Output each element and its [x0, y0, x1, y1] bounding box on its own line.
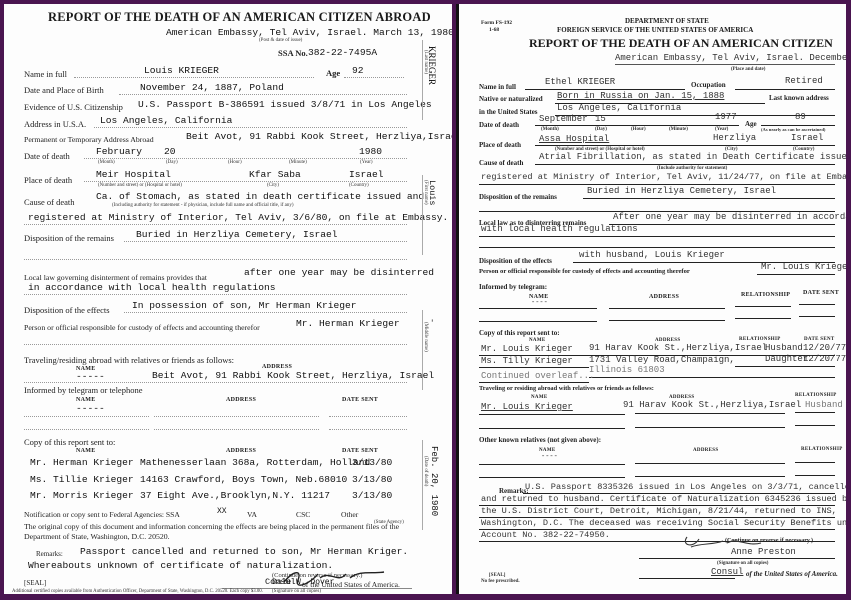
copy-row-address: 37 Eight Ave.,Brooklyn,N.Y. 11217	[140, 490, 330, 501]
right-signer-name: Anne Preston	[731, 547, 796, 557]
margin-date-of-death-caption: (Date of death)	[423, 456, 428, 486]
right-name-label: Name in full	[479, 83, 516, 91]
effects-value: In possession of son, Mr Herman Krieger	[132, 300, 357, 311]
address-usa-label: Address in U.S.A.	[24, 119, 86, 129]
right-title-suffix: of the United States of America.	[746, 570, 838, 578]
us-value: Los Angeles, California	[557, 103, 681, 113]
right-cause-caption: (Include authority for statement)	[657, 166, 727, 171]
residing-address: Beit Avot, 91 Rabbi Kook Street, Herzliy…	[152, 370, 434, 381]
federal-va: VA	[247, 510, 257, 519]
caption-minute: (Minute)	[289, 160, 307, 165]
name-label: Name in full	[24, 69, 67, 79]
federal-label: Notification or copy sent to Federal Age…	[24, 510, 180, 519]
right-cause-line2: registered at Ministry of Interior, Tel …	[481, 172, 846, 182]
margin-date-of-death: Feb. 20, 1980	[429, 446, 439, 516]
right-residing-header-name: NAME	[531, 395, 547, 400]
citizenship-label: Evidence of U.S. Citizenship	[24, 102, 123, 112]
name-value: Louis KRIEGER	[144, 65, 219, 76]
right-death-year: 1977	[715, 112, 737, 122]
margin-middle-name: -	[427, 318, 437, 323]
place-label: Place of death	[24, 175, 72, 185]
residing-name: -----	[76, 371, 105, 382]
local-law-label: Local law governing disinterment of rema…	[24, 273, 207, 282]
place-city: Kfar Saba	[249, 169, 301, 180]
right-name-value: Ethel KRIEGER	[545, 77, 615, 87]
left-death-report: REPORT OF THE DEATH OF AN AMERICAN CITIZ…	[4, 4, 452, 594]
federal-ssa-mark: XX	[217, 507, 227, 516]
right-remarks-line1: U.S. Passport 8335326 issued in Los Ange…	[525, 482, 846, 492]
death-year: 1980	[359, 146, 382, 157]
right-place-country: Israel	[791, 133, 823, 143]
left-post-date: American Embassy, Tel Aviv, Israel. Marc…	[166, 27, 452, 38]
remarks-line1: Passport cancelled and returned to son, …	[80, 546, 408, 557]
age-value: 92	[352, 65, 364, 76]
remains-label: Disposition of the remains	[24, 233, 114, 243]
informed-header-address: ADDRESS	[226, 397, 256, 403]
right-effects-value: with husband, Louis Krieger	[579, 250, 725, 260]
right-responsible-value: Mr. Louis Krieger	[761, 262, 846, 272]
copy-row-address: Mathenesserlaan 368a, Rotterdam, Holland	[140, 457, 370, 468]
other-header-address: ADDRESS	[693, 448, 718, 453]
right-remains-label: Disposition of the remains	[479, 193, 557, 201]
right-death-day: 15	[595, 114, 606, 124]
copy-row-name: Ms. Tillie Krieger	[30, 474, 134, 485]
right-informed-name: ----	[531, 299, 548, 307]
occupation-label: Occupation	[691, 81, 726, 89]
right-caption-age: (As nearly as can be ascertained)	[761, 127, 825, 132]
right-place-date-caption: (Place and date)	[731, 67, 765, 72]
us-label: in the United States	[479, 108, 538, 116]
right-form-sub: 1-68	[489, 27, 499, 33]
place-country: Israel	[349, 169, 384, 180]
left-post-date-caption: (Post & date of issue)	[259, 38, 302, 43]
citizenship-value: U.S. Passport B-386591 issued 3/8/71 in …	[138, 99, 432, 110]
right-residing-relationship: Husband	[805, 400, 843, 410]
right-residing-name: Mr. Louis Krieger	[481, 402, 573, 412]
right-remains-value: Buried in Herzliya Cemetery, Israel	[587, 186, 776, 196]
cause-label: Cause of death	[24, 197, 75, 207]
right-residing-header-relationship: RELATIONSHIP	[795, 393, 837, 398]
cause-line2: registered at Ministry of Interior, Tel …	[28, 212, 448, 223]
right-copy-row-name: Ms. Tilly Krieger	[481, 356, 573, 366]
right-place-hospital: Assa Hospital	[539, 134, 609, 144]
caption-city: (City)	[267, 183, 279, 188]
left-signature-caption: (Signature on all copies)	[272, 589, 321, 594]
right-copy-row-relationship: Daughter	[765, 354, 808, 364]
original-copy-text: The original copy of this document and i…	[24, 522, 409, 542]
residing-label: Traveling/residing abroad with relatives…	[24, 355, 234, 365]
caption-hour: (Hour)	[228, 160, 242, 165]
right-copy-row-name: Mr. Louis Krieger	[481, 344, 573, 354]
right-copy-row-address: 91 Harav Kook St.,Herzliya,Israel	[589, 343, 767, 353]
right-seal: [SEAL]	[489, 573, 505, 578]
right-residing-address: 91 Harav Kook St.,Herzliya,Israel	[623, 400, 801, 410]
right-caption-day: (Day)	[595, 127, 607, 132]
right-informed-header-date: DATE SENT	[803, 290, 839, 296]
right-age-label: Age	[745, 120, 757, 128]
right-caption-year: (Year)	[715, 127, 728, 132]
other-name: ----	[541, 453, 558, 461]
right-form-no: Form FS-192	[481, 20, 512, 26]
copy-header-address: ADDRESS	[226, 448, 256, 454]
right-cause-line1: Atrial Fibrillation, as stated in Death …	[539, 152, 846, 162]
right-remarks-line4: Washington, D.C. The deceased was receiv…	[481, 518, 846, 528]
right-dept: DEPARTMENT OF STATE	[625, 17, 709, 25]
federal-csc: CSC	[296, 510, 310, 519]
other-header-relationship: RELATIONSHIP	[801, 447, 843, 452]
right-caption-month: (Month)	[541, 127, 559, 132]
copy-row-name: Mr. Herman Krieger	[30, 457, 134, 468]
right-signature-caption: (Signature on all copies)	[717, 561, 768, 566]
local-law-line1: after one year may be disinterred	[244, 267, 434, 278]
right-informed-label: Informed by telegram:	[479, 283, 547, 291]
informed-name: -----	[76, 403, 105, 414]
remains-value: Buried in Herzliya Cemetery, Israel	[136, 229, 338, 240]
margin-last-name-caption: (Last name)	[423, 50, 428, 74]
left-title-value: Consul	[265, 577, 296, 587]
fee-text: No fee prescribed.	[481, 579, 520, 584]
copy-row-date: 3/13/80	[352, 457, 392, 468]
right-age-value: 89	[795, 112, 806, 122]
right-place-city: Herzliya	[713, 133, 756, 143]
margin-first-name: Louis	[427, 180, 437, 206]
informed-header-date: DATE SENT	[342, 397, 378, 403]
left-title: REPORT OF THE DEATH OF AN AMERICAN CITIZ…	[48, 10, 431, 25]
address-usa-value: Los Angeles, California	[100, 115, 232, 126]
right-title-value: Consul	[711, 567, 743, 577]
copy-row-address: 14163 Crawford, Boys Town, Neb.68010	[140, 474, 347, 485]
address-abroad-value: Beit Avot, 91 Rabbi Kook Street, Herzliy…	[186, 131, 452, 142]
margin-first-name-caption: (First name)	[423, 180, 428, 205]
caption-country: (Country)	[349, 183, 369, 188]
copy-header-date: DATE SENT	[342, 448, 378, 454]
right-title: REPORT OF THE DEATH OF AN AMERICAN CITIZ…	[529, 36, 833, 51]
cause-caption: (Including authority for statement - if …	[112, 203, 294, 208]
right-copy-row-address2: Illinois 61803	[589, 365, 665, 375]
copy-header-name: NAME	[76, 448, 96, 454]
right-copy-label: Copy of this report sent to:	[479, 329, 560, 337]
right-remarks-line2: and returned to husband. Certificate of …	[481, 494, 846, 504]
death-date-label: Date of death	[24, 151, 70, 161]
right-remarks-line3: the U.S. District Court, Detroit, Michig…	[481, 506, 837, 516]
cause-line1: Ca. of Stomach, as stated in death certi…	[96, 191, 424, 202]
native-label: Native or naturalized	[479, 95, 543, 103]
right-place-date: American Embassy, Tel Aviv, Israel. Dece…	[615, 53, 846, 63]
right-local-law-line2: with local health regulations	[481, 224, 638, 234]
left-ssa-value: 382-22-7495A	[308, 47, 377, 58]
right-copy-row-date: 12/20/77	[803, 354, 846, 364]
death-month: February	[96, 146, 142, 157]
responsible-label: Person or official responsible for custo…	[24, 323, 260, 332]
continued-overleaf: Continued overleaf...	[481, 371, 594, 381]
right-residing-label: Traveling or residing abroad with relati…	[479, 385, 654, 392]
right-death-label: Date of death	[479, 121, 519, 129]
right-death-month: September	[539, 114, 588, 124]
death-day: 20	[164, 146, 176, 157]
right-remarks-line5: Account No. 382-22-74950.	[481, 530, 610, 540]
caption-year: (Year)	[360, 160, 373, 165]
caption-day: (Day)	[166, 160, 178, 165]
place-hospital: Meir Hospital	[96, 169, 171, 180]
copy-row-date: 3/13/80	[352, 490, 392, 501]
effects-label: Disposition of the effects	[24, 305, 110, 315]
caption-hospital: (Number and street) or (Hospital or hote…	[98, 183, 182, 188]
left-seal: [SEAL]	[24, 579, 46, 587]
right-responsible-label: Person or official responsible for custo…	[479, 268, 690, 275]
right-caption-hour: (Hour)	[631, 127, 646, 132]
address-abroad-label: Permanent or Temporary Address Abroad	[24, 135, 154, 144]
right-service: FOREIGN SERVICE OF THE UNITED STATES OF …	[557, 26, 753, 34]
left-ssa-label: SSA No.	[278, 48, 308, 58]
right-effects-label: Disposition of the effects	[479, 257, 552, 265]
right-copy-row-date: 12/20/77	[803, 343, 846, 353]
remarks-label: Remarks:	[36, 550, 63, 558]
responsible-value: Mr. Herman Krieger	[296, 318, 400, 329]
occupation-value: Retired	[785, 76, 823, 86]
copy-row-date: 3/13/80	[352, 474, 392, 485]
copy-row-name: Mr. Morris Krieger	[30, 490, 134, 501]
right-copy-header-name: NAME	[529, 338, 545, 343]
last-address-label: Last known address	[769, 94, 829, 102]
native-value: Born in Russia on Jan. 15, 1888	[557, 91, 724, 101]
right-copy-row-relationship: Husband	[765, 343, 803, 353]
copy-label: Copy of this report sent to:	[24, 437, 115, 447]
left-footer: Additional certified copies available fr…	[12, 589, 263, 594]
right-cause-label: Cause of death	[479, 159, 523, 167]
right-caption-minute: (Minute)	[669, 127, 688, 132]
federal-other: Other	[341, 510, 358, 519]
right-death-report: Form FS-192 1-68 DEPARTMENT OF STATE FOR…	[456, 4, 846, 594]
right-copy-header-date: DATE SENT	[804, 337, 835, 342]
right-copy-header-relationship: RELATIONSHIP	[739, 337, 781, 342]
right-copy-row-address: 1731 Valley Road,Champaign,	[589, 355, 735, 365]
margin-middle-name-caption: (Middle name)	[423, 322, 428, 352]
left-title-suffix: of the United States of America.	[302, 580, 400, 589]
margin-last-name: KRIEGER	[427, 46, 437, 85]
right-informed-header-relationship: RELATIONSHIP	[741, 292, 790, 298]
other-relatives-label: Other known relatives (not given above):	[479, 436, 601, 444]
age-label: Age	[326, 68, 340, 78]
right-informed-header-address: ADDRESS	[649, 294, 679, 300]
right-place-label: Place of death	[479, 141, 521, 149]
birth-value: November 24, 1887, Poland	[140, 82, 284, 93]
informed-label: Informed by telegram or telephone	[24, 385, 142, 395]
local-law-line2: in accordance with local health regulati…	[28, 282, 276, 293]
right-local-law-line1: After one year may be disinterred in acc…	[613, 212, 846, 222]
caption-month: (Month)	[98, 160, 115, 165]
birth-label: Date and Place of Birth	[24, 85, 104, 95]
